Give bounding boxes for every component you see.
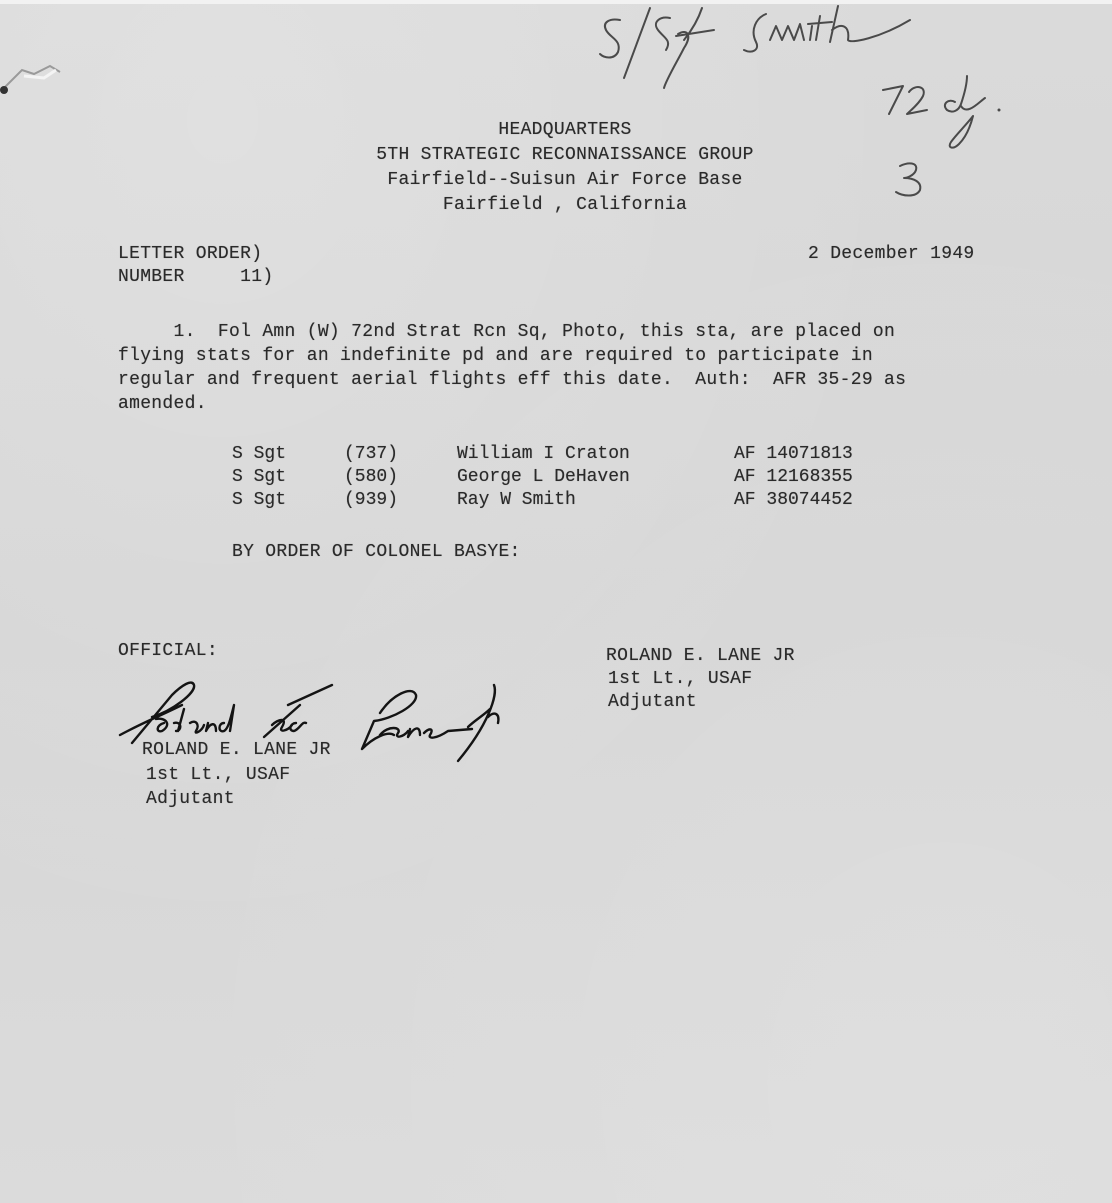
roster-name: George L DeHaven xyxy=(457,466,630,488)
roster-code: (737) xyxy=(344,443,398,465)
roster-grade: S Sgt xyxy=(232,443,286,465)
official-title: Adjutant xyxy=(146,788,235,810)
roster-code: (939) xyxy=(344,489,398,511)
official-name: ROLAND E. LANE JR xyxy=(142,739,331,761)
roster-name: Ray W Smith xyxy=(457,489,576,511)
letterhead-unit: 5TH STRATEGIC RECONNAISSANCE GROUP xyxy=(0,144,1112,166)
roster-serial: AF 14071813 xyxy=(734,443,853,465)
body-line-1: 1. Fol Amn (W) 72nd Strat Rcn Sq, Photo,… xyxy=(118,321,895,343)
order-date: 2 December 1949 xyxy=(808,243,975,265)
official-label: OFFICIAL: xyxy=(118,640,218,662)
roster-code: (580) xyxy=(344,466,398,488)
letterhead-headquarters: HEADQUARTERS xyxy=(0,119,1112,141)
paper-crease-mark xyxy=(0,30,70,100)
body-line-2: flying stats for an indefinite pd and ar… xyxy=(118,345,873,367)
letterhead-location: Fairfield , California xyxy=(0,194,1112,216)
official-rank: 1st Lt., USAF xyxy=(146,764,290,786)
adjutant-title: Adjutant xyxy=(608,691,697,713)
letterhead-base: Fairfield--Suisun Air Force Base xyxy=(0,169,1112,191)
roster-serial: AF 38074452 xyxy=(734,489,853,511)
page-edge xyxy=(0,0,1112,4)
handwritten-recipient-note: S/Sgt Smith xyxy=(580,0,920,95)
body-line-4: amended. xyxy=(118,393,207,415)
roster-grade: S Sgt xyxy=(232,489,286,511)
body-line-3: regular and frequent aerial flights eff … xyxy=(118,369,906,391)
order-label: LETTER ORDER) xyxy=(118,243,262,265)
authority-line: BY ORDER OF COLONEL BASYE: xyxy=(232,541,521,563)
roster-name: William I Craton xyxy=(457,443,630,465)
adjutant-rank: 1st Lt., USAF xyxy=(608,668,752,690)
order-number: NUMBER 11) xyxy=(118,266,273,288)
roster-grade: S Sgt xyxy=(232,466,286,488)
roster-serial: AF 12168355 xyxy=(734,466,853,488)
document-page: S/Sgt Smith 72 Sq. 3 HEADQUARTERS 5TH ST… xyxy=(0,0,1112,1203)
adjutant-name: ROLAND E. LANE JR xyxy=(606,645,795,667)
